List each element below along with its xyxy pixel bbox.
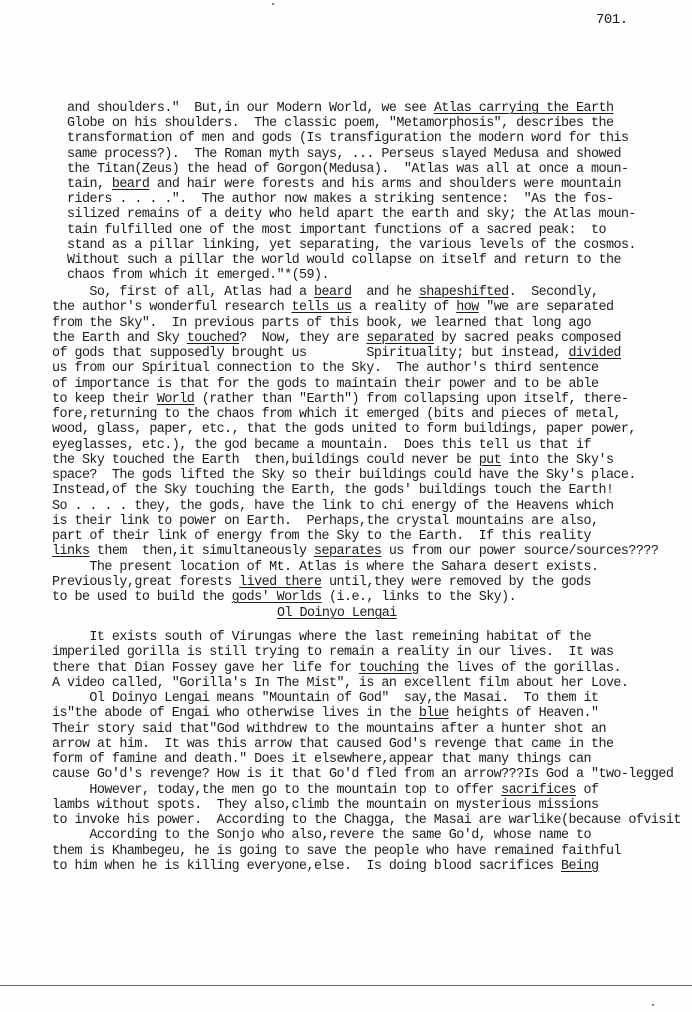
text-segment: It exists south of Virungas where the la… (52, 630, 591, 645)
text-segment: same process?). The Roman myth says, ...… (67, 147, 621, 162)
text-segment: a reality of (351, 300, 456, 315)
text-line: Previously,great forests lived there unt… (52, 575, 591, 590)
text-segment: by sacred peaks composed (434, 331, 621, 346)
text-segment: (i.e., links to the Sky). (322, 590, 517, 605)
text-segment: According to the Sonjo who also,revere t… (52, 828, 591, 843)
text-segment: to be used to build the (52, 590, 232, 605)
text-segment: from the Sky". In previous parts of this… (52, 316, 591, 331)
text-line: and shoulders." But,in our Modern World,… (67, 101, 613, 116)
text-line: the Sky touched the Earth then,buildings… (52, 453, 613, 468)
text-segment: The present location of Mt. Atlas is whe… (52, 560, 598, 575)
text-line: the author's wonderful research tells us… (52, 300, 613, 315)
text-segment: arrow at him. It was this arrow that cau… (52, 737, 613, 752)
text-line: same process?). The Roman myth says, ...… (67, 147, 621, 162)
text-segment: Without such a pillar the world would co… (67, 253, 621, 268)
text-segment: the Earth and Sky (52, 331, 187, 346)
text-segment: riders . . . .". The author now makes a … (67, 192, 613, 207)
text-segment: until,they were removed by the gods (322, 575, 592, 590)
underlined-text: blue (419, 706, 449, 721)
underlined-text: separates (314, 544, 381, 559)
text-segment: is"the abode of Engai who otherwise live… (52, 706, 419, 721)
text-line: However, today,the men go to the mountai… (52, 783, 598, 798)
text-segment: Previously,great forests (52, 575, 239, 590)
text-segment: us from our Spiritual connection to the … (52, 361, 598, 376)
underlined-text: divided (569, 346, 621, 361)
text-segment: them is Khambegeu, he is going to save t… (52, 844, 621, 859)
text-line: to him when he is killing everyone,else.… (52, 859, 598, 874)
text-line: arrow at him. It was this arrow that cau… (52, 737, 613, 752)
text-segment: space? The gods lifted the Sky so their … (52, 468, 636, 483)
text-line: stand as a pillar linking, yet separatin… (67, 238, 636, 253)
text-line: chaos from which it emerged."*(59). (67, 268, 329, 283)
text-line: is"the abode of Engai who otherwise live… (52, 706, 598, 721)
text-segment: to invoke his power. According to the Ch… (52, 813, 681, 828)
text-line: lambs without spots. They also,climb the… (52, 798, 598, 813)
text-line: to be used to build the gods' Worlds (i.… (52, 590, 516, 605)
section-heading-text: Ol Doinyo Lengai (277, 606, 397, 621)
text-segment: tain fulfilled one of the most important… (67, 223, 606, 238)
text-line: According to the Sonjo who also,revere t… (52, 828, 591, 843)
underlined-text: touching (359, 661, 419, 676)
text-segment: and shoulders." But,in our Modern World,… (67, 101, 434, 116)
section-heading: Ol Doinyo Lengai (277, 606, 397, 621)
text-segment: silized remains of a deity who held apar… (67, 207, 636, 222)
underlined-text: touched (187, 331, 239, 346)
text-segment: ? Now, they are (239, 331, 366, 346)
text-line: of gods that supposedly brought us Spiri… (52, 346, 621, 361)
text-line: the Titan(Zeus) the head of Gorgon(Medus… (67, 162, 628, 177)
text-line: The present location of Mt. Atlas is whe… (52, 560, 598, 575)
text-line: to keep their World (rather than "Earth"… (52, 392, 628, 407)
text-segment: However, today,the men go to the mountai… (52, 783, 501, 798)
text-segment: (rather than "Earth") from collapsing up… (194, 392, 628, 407)
text-segment: chaos from which it emerged."*(59). (67, 268, 329, 283)
text-segment: fore,returning to the chaos from which i… (52, 407, 621, 422)
text-line: A video called, "Gorilla's In The Mist",… (52, 676, 628, 691)
text-line: silized remains of a deity who held apar… (67, 207, 636, 222)
text-segment: form of famine and death." Does it elsew… (52, 752, 591, 767)
text-line: transformation of men and gods (Is trans… (67, 131, 628, 146)
text-segment: and hair were forests and his arms and s… (149, 177, 621, 192)
text-line: them is Khambegeu, he is going to save t… (52, 844, 621, 859)
text-line: riders . . . .". The author now makes a … (67, 192, 613, 207)
text-line: eyeglasses, etc.), the god became a moun… (52, 438, 591, 453)
text-line: to invoke his power. According to the Ch… (52, 813, 681, 828)
text-line: form of famine and death." Does it elsew… (52, 752, 591, 767)
text-segment: wood, glass, paper, etc., that the gods … (52, 422, 636, 437)
underlined-text: Being (561, 859, 598, 874)
text-segment: stand as a pillar linking, yet separatin… (67, 238, 636, 253)
underlined-text: beard (314, 285, 351, 300)
text-segment: Globe on his shoulders. The classic poem… (67, 116, 613, 131)
text-line: Without such a pillar the world would co… (67, 253, 621, 268)
page-number: 701. (596, 12, 628, 28)
text-line: wood, glass, paper, etc., that the gods … (52, 422, 636, 437)
document-page: 701. and shoulders." But,in our Modern W… (0, 0, 692, 1012)
text-segment: "we are separated (479, 300, 614, 315)
text-segment: Ol Doinyo Lengai means "Mountain of God"… (52, 691, 598, 706)
text-segment: eyeglasses, etc.), the god became a moun… (52, 438, 591, 453)
text-segment: . Secondly, (509, 285, 599, 300)
text-line: of importance is that for the gods to ma… (52, 377, 598, 392)
text-line: links them then,it simultaneously separa… (52, 544, 658, 559)
text-line: the Earth and Sky touched? Now, they are… (52, 331, 621, 346)
text-line: imperiled gorilla is still trying to rem… (52, 645, 613, 660)
text-line: tain fulfilled one of the most important… (67, 223, 606, 238)
text-line: is their link to power on Earth. Perhaps… (52, 514, 598, 529)
text-line: It exists south of Virungas where the la… (52, 630, 591, 645)
underlined-text: Atlas carrying the Earth (434, 101, 614, 116)
text-segment: lambs without spots. They also,climb the… (52, 798, 598, 813)
underlined-text: separated (366, 331, 433, 346)
text-line: there that Dian Fossey gave her life for… (52, 661, 621, 676)
text-segment: of importance is that for the gods to ma… (52, 377, 598, 392)
text-line: us from our Spiritual connection to the … (52, 361, 598, 376)
text-line: So . . . . they, the gods, have the link… (52, 499, 613, 514)
text-segment: the author's wonderful research (52, 300, 292, 315)
text-segment: to him when he is killing everyone,else.… (52, 859, 561, 874)
page-bottom-rule (0, 985, 692, 986)
underlined-text: how (456, 300, 478, 315)
text-line: Globe on his shoulders. The classic poem… (67, 116, 613, 131)
text-segment: part of their link of energy from the Sk… (52, 529, 591, 544)
text-segment: of gods that supposedly brought us Spiri… (52, 346, 569, 361)
text-segment: heights of Heaven." (449, 706, 599, 721)
text-segment: them then,it simultaneously (89, 544, 314, 559)
underlined-text: put (479, 453, 501, 468)
text-line: Instead,of the Sky touching the Earth, t… (52, 483, 613, 498)
text-line: fore,returning to the chaos from which i… (52, 407, 621, 422)
text-segment: the lives of the gorillas. (419, 661, 621, 676)
text-segment: us from our power source/sources???? (381, 544, 658, 559)
underlined-text: sacrifices (501, 783, 576, 798)
text-segment: of (576, 783, 598, 798)
underlined-text: beard (112, 177, 149, 192)
scan-speck (652, 1004, 654, 1006)
text-line: part of their link of energy from the Sk… (52, 529, 591, 544)
text-segment: So, first of all, Atlas had a (52, 285, 314, 300)
text-segment: cause Go'd's revenge? How is it that Go'… (52, 767, 673, 782)
text-segment: transformation of men and gods (Is trans… (67, 131, 628, 146)
text-segment: is their link to power on Earth. Perhaps… (52, 514, 598, 529)
scan-speck (272, 3, 274, 5)
text-line: cause Go'd's revenge? How is it that Go'… (52, 767, 673, 782)
text-segment: Their story said that"God withdrew to th… (52, 722, 606, 737)
text-segment: imperiled gorilla is still trying to rem… (52, 645, 613, 660)
text-segment: tain, (67, 177, 112, 192)
underlined-text: shapeshifted (419, 285, 509, 300)
underlined-text: gods' Worlds (232, 590, 322, 605)
underlined-text: lived there (239, 575, 321, 590)
text-segment: A video called, "Gorilla's In The Mist",… (52, 676, 628, 691)
text-segment: the Titan(Zeus) the head of Gorgon(Medus… (67, 162, 628, 177)
text-segment: Instead,of the Sky touching the Earth, t… (52, 483, 613, 498)
text-line: Ol Doinyo Lengai means "Mountain of God"… (52, 691, 598, 706)
text-segment: So . . . . they, the gods, have the link… (52, 499, 613, 514)
text-line: So, first of all, Atlas had a beard and … (52, 285, 599, 300)
text-line: tain, beard and hair were forests and hi… (67, 177, 621, 192)
text-line: space? The gods lifted the Sky so their … (52, 468, 636, 483)
text-line: Their story said that"God withdrew to th… (52, 722, 606, 737)
text-segment: the Sky touched the Earth then,buildings… (52, 453, 479, 468)
text-segment: to keep their (52, 392, 157, 407)
text-segment: into the Sky's (501, 453, 613, 468)
underlined-text: links (52, 544, 89, 559)
underlined-text: World (157, 392, 194, 407)
text-segment: there that Dian Fossey gave her life for (52, 661, 359, 676)
underlined-text: tells us (292, 300, 352, 315)
text-line: from the Sky". In previous parts of this… (52, 316, 591, 331)
text-segment: and he (351, 285, 418, 300)
